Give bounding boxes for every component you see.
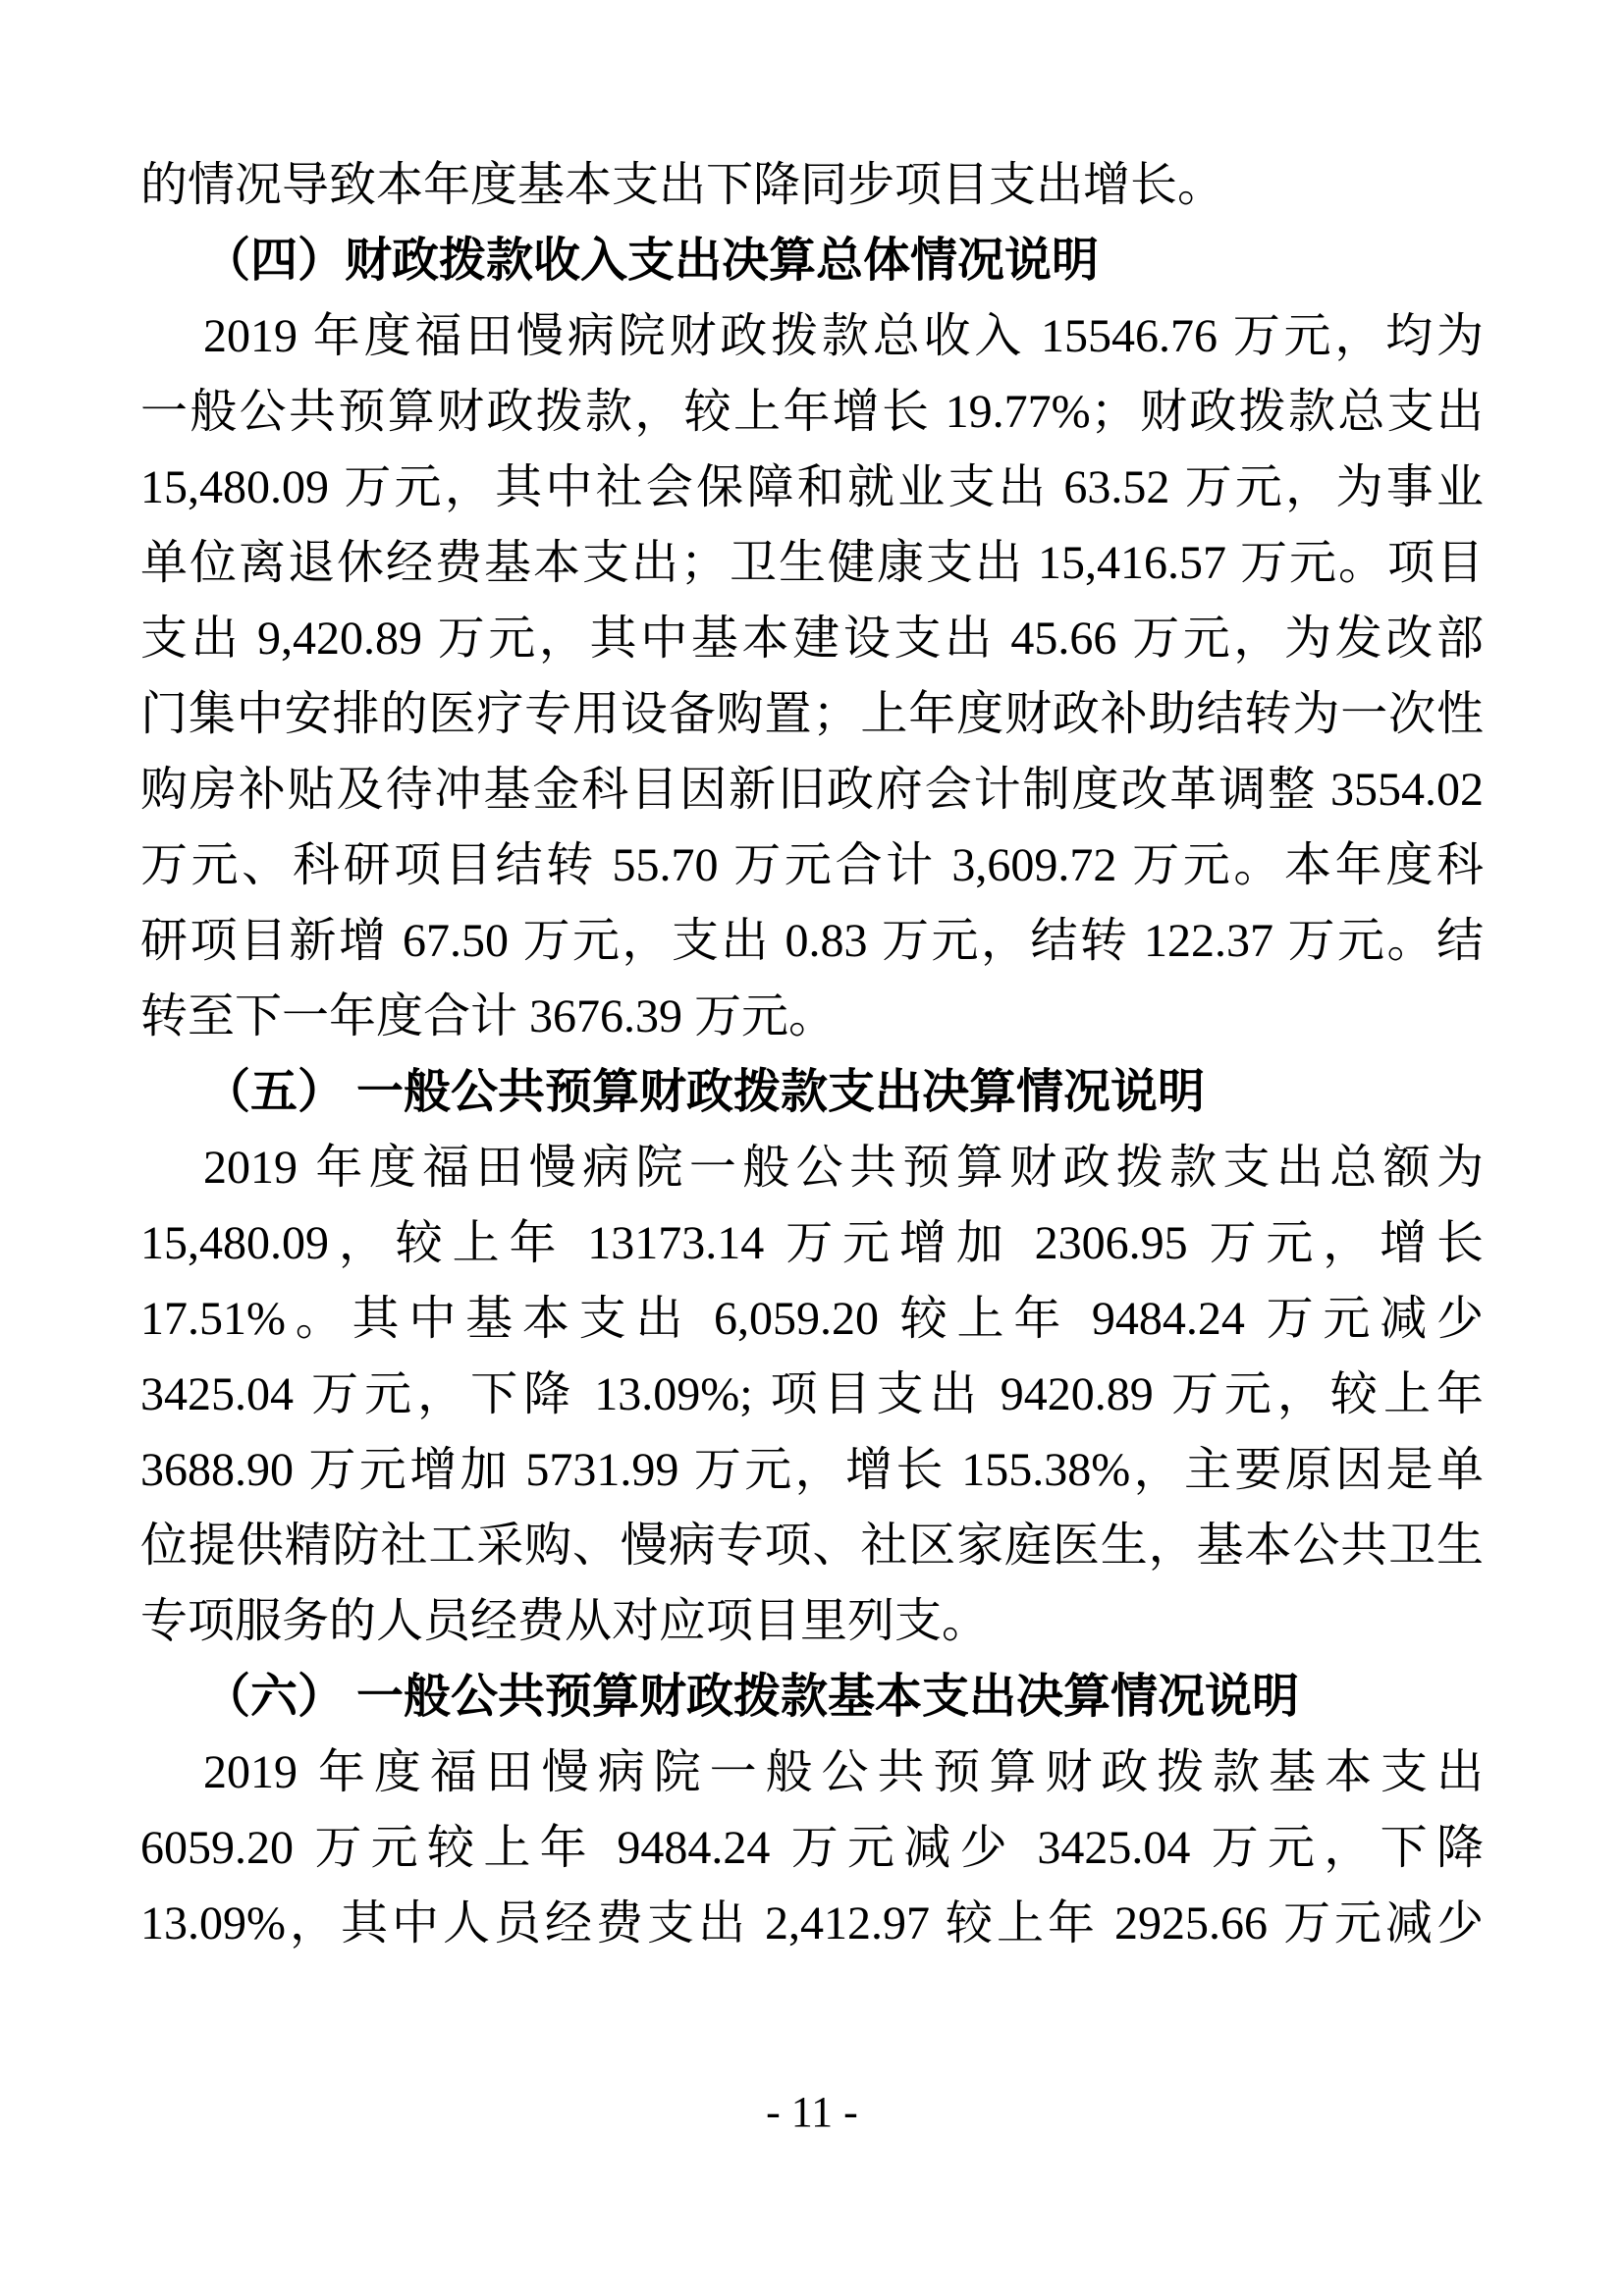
text-line: 3425.04 万元，下降 13.09%; 项目支出 9420.89 万元，较上… [140, 1357, 1484, 1432]
paragraph: 2019 年度福田慢病院财政拨款总收入 15546.76 万元，均为一般公共预算… [140, 298, 1484, 1054]
heading-line: （六） 一般公共预算财政拨款基本支出决算情况说明 [140, 1659, 1484, 1735]
paragraph: 2019 年度福田慢病院一般公共预算财政拨款支出总额为15,480.09，较上年… [140, 1130, 1484, 1659]
paragraph: 的情况导致本年度基本支出下降同步项目支出增长。 [140, 147, 1484, 223]
text-line: 2019 年度福田慢病院一般公共预算财政拨款支出总额为 [140, 1130, 1484, 1205]
text-line: 位提供精防社工采购、慢病专项、社区家庭医生，基本公共卫生 [140, 1508, 1484, 1583]
text-line: 6059.20 万元较上年 9484.24 万元减少 3425.04 万元，下降 [140, 1810, 1484, 1886]
text-line: 15,480.09，较上年 13173.14 万元增加 2306.95 万元，增… [140, 1205, 1484, 1281]
text-line: 2019 年度福田慢病院财政拨款总收入 15546.76 万元，均为 [140, 298, 1484, 374]
paragraph: 2019 年度福田慢病院一般公共预算财政拨款基本支出6059.20 万元较上年 … [140, 1735, 1484, 1961]
text-line: 购房补贴及待冲基金科目因新旧政府会计制度改革调整 3554.02 [140, 752, 1484, 828]
document-content: 的情况导致本年度基本支出下降同步项目支出增长。（四）财政拨款收入支出决算总体情况… [140, 147, 1484, 1961]
section-heading: （六） 一般公共预算财政拨款基本支出决算情况说明 [140, 1659, 1484, 1735]
text-line: 2019 年度福田慢病院一般公共预算财政拨款基本支出 [140, 1735, 1484, 1810]
text-line: 3688.90 万元增加 5731.99 万元，增长 155.38%，主要原因是… [140, 1432, 1484, 1508]
text-line: 专项服务的人员经费从对应项目里列支。 [140, 1583, 1484, 1659]
page-number: - 11 - [0, 2087, 1624, 2138]
heading-line: （五） 一般公共预算财政拨款支出决算情况说明 [140, 1054, 1484, 1130]
section-heading: （四）财政拨款收入支出决算总体情况说明 [140, 223, 1484, 298]
text-line: 13.09%，其中人员经费支出 2,412.97 较上年 2925.66 万元减… [140, 1886, 1484, 1961]
section-heading: （五） 一般公共预算财政拨款支出决算情况说明 [140, 1054, 1484, 1130]
text-line: 门集中安排的医疗专用设备购置；上年度财政补助结转为一次性 [140, 676, 1484, 752]
text-line: 万元、科研项目结转 55.70 万元合计 3,609.72 万元。本年度科 [140, 828, 1484, 903]
text-line: 的情况导致本年度基本支出下降同步项目支出增长。 [140, 147, 1484, 223]
document-page: 的情况导致本年度基本支出下降同步项目支出增长。（四）财政拨款收入支出决算总体情况… [0, 0, 1624, 2296]
text-line: 17.51%。其中基本支出 6,059.20 较上年 9484.24 万元减少 [140, 1281, 1484, 1357]
text-line: 研项目新增 67.50 万元，支出 0.83 万元，结转 122.37 万元。结 [140, 903, 1484, 979]
text-line: 15,480.09 万元，其中社会保障和就业支出 63.52 万元，为事业 [140, 450, 1484, 525]
text-line: 支出 9,420.89 万元，其中基本建设支出 45.66 万元，为发改部 [140, 601, 1484, 676]
text-line: 单位离退休经费基本支出；卫生健康支出 15,416.57 万元。项目 [140, 525, 1484, 601]
text-line: 一般公共预算财政拨款，较上年增长 19.77%；财政拨款总支出 [140, 374, 1484, 450]
heading-line: （四）财政拨款收入支出决算总体情况说明 [140, 223, 1484, 298]
text-line: 转至下一年度合计 3676.39 万元。 [140, 979, 1484, 1054]
